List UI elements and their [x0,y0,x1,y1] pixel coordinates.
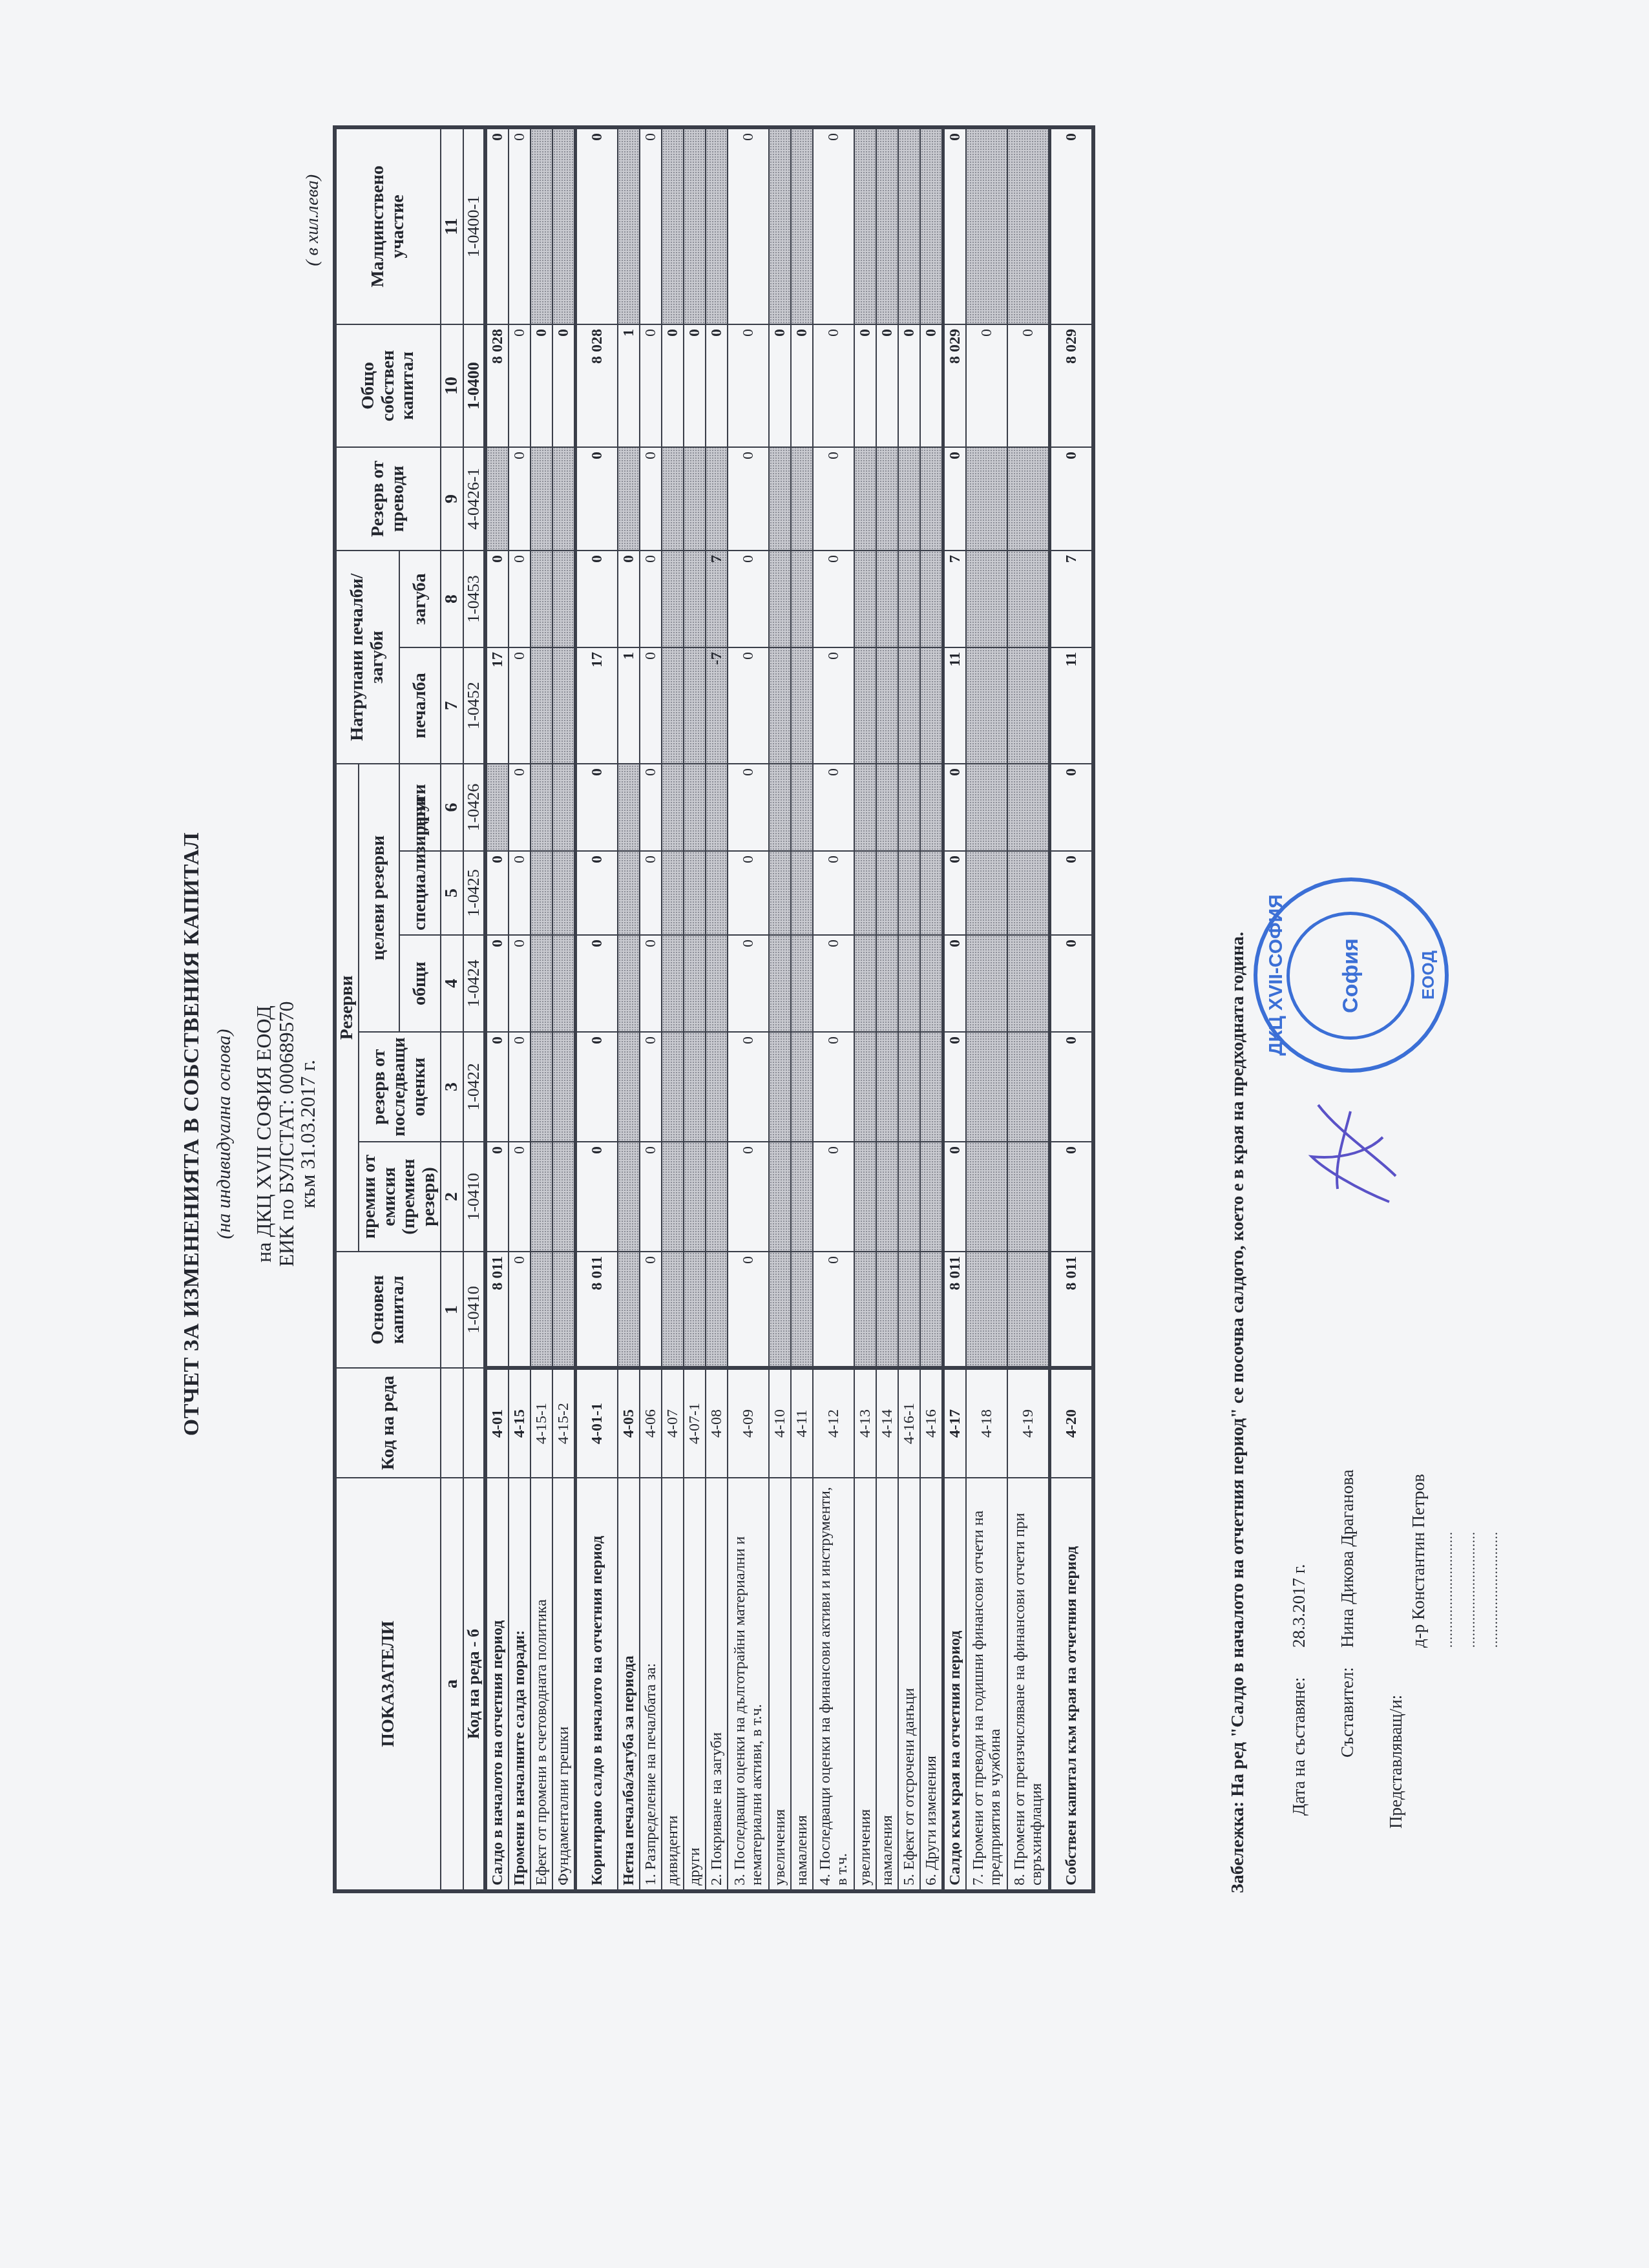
cell-value: 0 [966,324,1007,447]
cell-value [530,447,552,551]
row-code: 4-06 [640,1368,662,1478]
cell-value: 0 [509,551,530,647]
cell-value [966,647,1007,764]
row-code: 4-15-2 [552,1368,576,1478]
cell-value [552,851,576,935]
cell-value [920,1252,943,1368]
row-code: 4-20 [1050,1368,1094,1478]
row-code: 4-09 [728,1368,769,1478]
column-code: 1-0410 [463,1252,486,1368]
cell-value: 0 [813,447,854,551]
column-code: 1-0400 [463,324,486,447]
cell-value: 0 [728,647,769,764]
cell-value: 0 [728,935,769,1032]
row-label: намаления [791,1478,813,1891]
column-number [441,1368,463,1478]
cell-value [530,764,552,851]
cell-value [1007,647,1050,764]
cell-value: 0 [576,851,618,935]
cell-value: 0 [640,764,662,851]
equity-changes-table: ПОКАЗАТЕЛИ Код на реда Основен капитал Р… [333,125,1095,1893]
cell-value: 0 [813,127,854,324]
cell-value: 0 [576,935,618,1032]
cell-value [791,764,813,851]
cell-value [854,764,876,851]
cell-value [684,1032,706,1142]
column-number: 8 [441,551,463,647]
header-revaluation-reserve: резерв от последващи оценки [359,1032,441,1142]
cell-value: 0 [618,551,640,647]
header-loss: загуба [399,551,441,647]
cell-value: 0 [485,1142,509,1252]
table-row: увеличения4-130 [854,127,876,1891]
cell-value: 0 [728,1032,769,1142]
cell-value: 0 [813,764,854,851]
table-row: 1. Разпределение на печалбата за:4-06000… [640,127,662,1891]
cell-value [791,551,813,647]
cell-value: -7 [706,647,728,764]
row-code: 4-17 [943,1368,967,1478]
cell-value [662,764,684,851]
cell-value [618,935,640,1032]
header-indicators: ПОКАЗАТЕЛИ [335,1478,441,1891]
handwritten-signature-icon [1299,1098,1402,1215]
cell-value: 0 [509,1252,530,1368]
table-row: 6. Други изменения4-160 [920,127,943,1891]
header-translation-reserve: Резерв от преводи [335,447,441,551]
cell-value: 0 [943,1032,967,1142]
header-general: общи [399,935,441,1032]
cell-value: 0 [813,551,854,647]
document-page: ОТЧЕТ ЗА ИЗМЕНЕНИЯТА В СОБСТВЕНИЯ КАПИТА… [0,0,1649,2268]
cell-value [684,764,706,851]
cell-value: 0 [728,324,769,447]
cell-value [966,127,1007,324]
table-row: Ефект от промени в счетоводната политика… [530,127,552,1891]
cell-value [530,1252,552,1368]
cell-value [854,1032,876,1142]
row-label: Собствен капитал към края на отчетния пе… [1050,1478,1094,1891]
cell-value: 11 [1050,647,1094,764]
cell-value: 0 [576,127,618,324]
cell-value [769,935,791,1032]
code-row-label: Код на реда - б [463,1478,486,1891]
row-code: 4-13 [854,1368,876,1478]
row-code: 4-08 [706,1368,728,1478]
cell-value: 0 [485,127,509,324]
cell-value: 0 [509,324,530,447]
company-stamp-icon: ДКЦ XVII-СОФИЯ София ЕООД [1254,877,1449,1073]
cell-value: 8 029 [943,324,967,447]
stamp-ring-bottom: ЕООД [1418,881,1438,1069]
cell-value [662,647,684,764]
cell-value [552,551,576,647]
compiler-label: Съставител: [1338,1667,1358,1758]
cell-value [684,935,706,1032]
cell-value [662,851,684,935]
cell-value [684,551,706,647]
cell-value [966,764,1007,851]
cell-value: 0 [769,324,791,447]
cell-value: 0 [728,551,769,647]
cell-value: 0 [509,851,530,935]
cell-value [966,447,1007,551]
cell-value: 0 [640,1032,662,1142]
cell-value: 0 [728,1252,769,1368]
cell-value [618,1142,640,1252]
table-row: 8. Промени от преизчисляване на финансов… [1007,127,1050,1891]
cell-value: 7 [1050,551,1094,647]
cell-value [966,1032,1007,1142]
cell-value [898,1142,920,1252]
column-code: 1-0425 [463,851,486,935]
column-code: 1-0424 [463,935,486,1032]
cell-value [854,127,876,324]
cell-value [898,447,920,551]
cell-value [791,447,813,551]
cell-value [769,551,791,647]
cell-value [898,127,920,324]
row-code: 4-01 [485,1368,509,1478]
row-label: Коригирано салдо в началото на отчетния … [576,1478,618,1891]
cell-value: 0 [943,1142,967,1252]
cell-value: 7 [706,551,728,647]
cell-value: 1 [618,324,640,447]
column-number: 4 [441,935,463,1032]
cell-value: 0 [552,324,576,447]
stamp-ring-text: ДКЦ XVII-СОФИЯ [1265,881,1287,1069]
cell-value: 0 [943,447,967,551]
cell-value [791,1142,813,1252]
cell-value [920,447,943,551]
row-code: 4-18 [966,1368,1007,1478]
cell-value [706,851,728,935]
cell-value [920,1142,943,1252]
row-code: 4-10 [769,1368,791,1478]
row-label: Салдо към края на отчетния период [943,1478,967,1891]
cell-value: 0 [813,647,854,764]
cell-value [552,127,576,324]
column-codes-row: Код на реда - б1-04101-04101-04221-04241… [463,127,486,1891]
cell-value [662,447,684,551]
cell-value [769,1032,791,1142]
cell-value: 7 [943,551,967,647]
date-value: 28.3.2017 г. [1289,1564,1309,1648]
cell-value [552,447,576,551]
header-accumulated: Натрупани печалби/загуби [335,551,399,764]
cell-value [662,1032,684,1142]
table-row: Нетна печалба/загуба за периода4-05101 [618,127,640,1891]
row-label: 2. Покриване на загуби [706,1478,728,1891]
cell-value [530,851,552,935]
cell-value [791,1032,813,1142]
header-minority: Малцинствено участие [335,127,441,324]
header-target-reserves: целеви резерви [359,764,400,1032]
cell-value [898,647,920,764]
table-row: Собствен капитал към края на отчетния пе… [1050,127,1094,1891]
cell-value [876,551,898,647]
representative-label: Представляващ/и: [1386,1695,1406,1829]
cell-value [706,447,728,551]
cell-value: 0 [728,764,769,851]
cell-value: 8 011 [576,1252,618,1368]
row-label: 1. Разпределение на печалбата за: [640,1478,662,1891]
cell-value: 1 [618,647,640,764]
cell-value [1007,764,1050,851]
cell-value [684,647,706,764]
cell-value [854,447,876,551]
column-numbers-row: а1234567891011 [441,127,463,1891]
cell-value: 0 [509,127,530,324]
cell-value: 0 [640,647,662,764]
cell-value: 0 [943,851,967,935]
row-label: други [684,1478,706,1891]
row-label: намаления [876,1478,898,1891]
column-number: а [441,1478,463,1891]
cell-value: 0 [576,1142,618,1252]
cell-value [552,647,576,764]
row-code: 4-16 [920,1368,943,1478]
table-row: 5. Ефект от отсрочени данъци4-16-10 [898,127,920,1891]
cell-value: 8 028 [576,324,618,447]
cell-value: 0 [920,324,943,447]
table-row: Коригирано салдо в началото на отчетния … [576,127,618,1891]
header-specialized: специализирани [399,851,441,935]
cell-value: 0 [813,1032,854,1142]
row-label: дивиденти [662,1478,684,1891]
header-row-code: Код на реда [335,1368,441,1478]
cell-value [791,1252,813,1368]
cell-value [662,127,684,324]
table-row: намаления4-140 [876,127,898,1891]
row-code: 4-07 [662,1368,684,1478]
cell-value: 0 [813,324,854,447]
row-label: 4. Последващи оценки на финансови активи… [813,1478,854,1891]
cell-value [791,647,813,764]
table-row: Салдо в началото на отчетния период4-018… [485,127,509,1891]
row-label: Салдо в началото на отчетния период [485,1478,509,1891]
representative-name: д-р Константин Петров [1409,1474,1429,1648]
row-label: 3. Последващи оценки на дълготрайни мате… [728,1478,769,1891]
cell-value [684,127,706,324]
cell-value [552,1252,576,1368]
cell-value [530,935,552,1032]
column-number: 2 [441,1142,463,1252]
cell-value [769,647,791,764]
company-eik: ЕИК по БУЛСТАТ: 000689570 [275,0,299,2268]
signature-line-2: .............................. [1464,1531,1478,1648]
cell-value [920,764,943,851]
cell-value [706,764,728,851]
cell-value [898,551,920,647]
cell-value: 0 [813,851,854,935]
cell-value [966,551,1007,647]
column-code: 4-0426-1 [463,447,486,551]
signature-line-1: .............................. [1441,1531,1456,1648]
cell-value [920,551,943,647]
cell-value [769,764,791,851]
column-code: 1-0452 [463,647,486,764]
cell-value [898,1252,920,1368]
cell-value: 0 [640,1252,662,1368]
table-row: 3. Последващи оценки на дълготрайни мате… [728,127,769,1891]
cell-value [1007,447,1050,551]
compiler-name: Нина Дикова Драганова [1338,1469,1358,1648]
cell-value [854,551,876,647]
cell-value [1007,1252,1050,1368]
row-label: увеличения [769,1478,791,1891]
cell-value [1007,935,1050,1032]
cell-value: 0 [640,447,662,551]
column-code: 1-0426 [463,764,486,851]
cell-value [769,851,791,935]
cell-value [662,935,684,1032]
column-code: 1-0410 [463,1142,486,1252]
cell-value: 0 [706,324,728,447]
cell-value [662,1142,684,1252]
cell-value [1007,551,1050,647]
cell-value [706,127,728,324]
cell-value [854,851,876,935]
report-title: ОТЧЕТ ЗА ИЗМЕНЕНИЯТА В СОБСТВЕНИЯ КАПИТА… [180,0,204,2268]
table-row: 4. Последващи оценки на финансови активи… [813,127,854,1891]
column-number: 10 [441,324,463,447]
cell-value [920,851,943,935]
cell-value [854,1142,876,1252]
cell-value [876,447,898,551]
cell-value [706,1252,728,1368]
cell-value [684,851,706,935]
cell-value [791,935,813,1032]
cell-value [769,1252,791,1368]
cell-value [854,935,876,1032]
cell-value [706,1142,728,1252]
row-label: 6. Други изменения [920,1478,943,1891]
cell-value: 0 [485,851,509,935]
cell-value [530,647,552,764]
cell-value: 0 [509,1032,530,1142]
table-row: 2. Покриване на загуби4-08-770 [706,127,728,1891]
cell-value [898,764,920,851]
cell-value: 0 [684,324,706,447]
cell-value: 0 [509,447,530,551]
cell-value [552,1032,576,1142]
row-code: 4-11 [791,1368,813,1478]
footnote: Забележка: На ред "Салдо в началото на о… [1228,932,1248,1893]
cell-value [876,127,898,324]
row-label: 5. Ефект от отсрочени данъци [898,1478,920,1891]
cell-value: 0 [1050,764,1094,851]
row-label: Промени в началните салда поради: [509,1478,530,1891]
cell-value: 0 [728,851,769,935]
cell-value: 0 [854,324,876,447]
cell-value [966,935,1007,1032]
cell-value: 0 [640,935,662,1032]
column-code: 1-0422 [463,1032,486,1142]
cell-value: 0 [943,935,967,1032]
row-code: 4-01-1 [576,1368,618,1478]
table-row: Промени в началните салда поради:4-15000… [509,127,530,1891]
cell-value [706,935,728,1032]
cell-value [876,851,898,935]
cell-value: 0 [813,935,854,1032]
row-code: 4-05 [618,1368,640,1478]
header-basic-capital: Основен капитал [335,1252,441,1368]
cell-value [898,935,920,1032]
table-row: Салдо към края на отчетния период4-178 0… [943,127,967,1891]
row-label: Ефект от промени в счетоводната политика [530,1478,552,1891]
cell-value [920,1032,943,1142]
cell-value: 0 [640,127,662,324]
cell-value [706,1032,728,1142]
column-number: 9 [441,447,463,551]
code-row-empty [463,1368,486,1478]
cell-value: 0 [1050,1142,1094,1252]
table-row: дивиденти4-070 [662,127,684,1891]
cell-value: 0 [728,127,769,324]
header-profit: печалба [399,647,441,764]
column-number: 5 [441,851,463,935]
cell-value [618,851,640,935]
cell-value: 8 011 [485,1252,509,1368]
column-number: 11 [441,127,463,324]
cell-value [552,764,576,851]
row-code: 4-14 [876,1368,898,1478]
cell-value [618,764,640,851]
cell-value [769,1142,791,1252]
cell-value [854,1252,876,1368]
cell-value [966,1252,1007,1368]
row-code: 4-12 [813,1368,854,1478]
column-code: 1-0400-1 [463,127,486,324]
company-name: на ДКЦ XVII СОФИЯ ЕООД [252,0,276,2268]
column-number: 7 [441,647,463,764]
cell-value [485,447,509,551]
cell-value: 8 028 [485,324,509,447]
table-row: увеличения4-100 [769,127,791,1891]
header-total-equity: Общо собствен капитал [335,324,441,447]
cell-value [618,1032,640,1142]
cell-value [684,1252,706,1368]
column-number: 6 [441,764,463,851]
cell-value [876,647,898,764]
cell-value: 11 [943,647,967,764]
table-row: 7. Промени от преводи на годишни финансо… [966,127,1007,1891]
row-label: Фундаментални грешки [552,1478,576,1891]
cell-value [876,1252,898,1368]
signature-line-3: .............................. [1486,1531,1501,1648]
row-code: 4-19 [1007,1368,1050,1478]
cell-value [876,935,898,1032]
cell-value: 0 [1050,851,1094,935]
cell-value: 0 [640,324,662,447]
table-row: Фундаментални грешки4-15-20 [552,127,576,1891]
report-date: към 31.03.2017 г. [296,0,320,2268]
row-label: 7. Промени от преводи на годишни финансо… [966,1478,1007,1891]
stamp-center-text: София [1287,912,1414,1040]
cell-value [1007,1142,1050,1252]
table-row: намаления4-110 [791,127,813,1891]
row-label: увеличения [854,1478,876,1891]
cell-value [966,851,1007,935]
cell-value [1007,127,1050,324]
column-number: 1 [441,1252,463,1368]
table-row: други4-07-10 [684,127,706,1891]
cell-value [769,447,791,551]
cell-value: 0 [485,935,509,1032]
cell-value [1007,1032,1050,1142]
cell-value [684,447,706,551]
